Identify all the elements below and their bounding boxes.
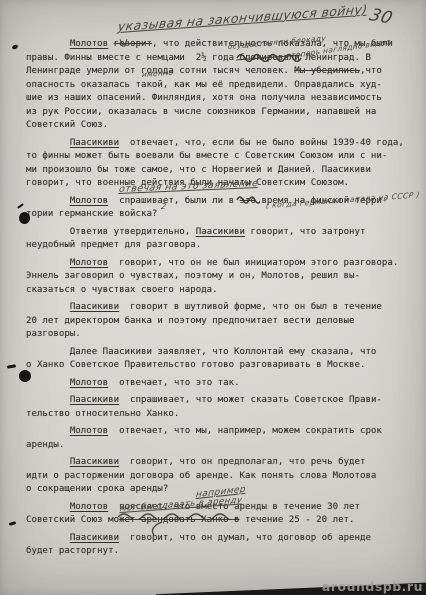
- paragraph: Молотов говорит, что он не был инициатор…: [26, 257, 420, 298]
- ink-blot: [11, 44, 18, 50]
- paragraph: Молотов отвечает, что мы, например, може…: [26, 425, 420, 452]
- typed-line: разговоры.: [26, 328, 420, 342]
- paragraph: Молотов говорит, что действительность по…: [26, 38, 420, 133]
- typed-line: Далее Паасикиви заявляет, что Коллонтай …: [26, 346, 420, 360]
- typed-line: правы. Финны вместе с немцами 2½ года бл…: [26, 52, 420, 66]
- typed-line: Паасикиви отвечает, что, если бы не было…: [26, 137, 420, 151]
- typed-line: тельство относительно Ханко.: [26, 408, 420, 422]
- typed-line: Ответив утвердительно, Паасикиви говорит…: [26, 226, 420, 240]
- document-page: Молотов говорит, что действительность по…: [0, 0, 426, 595]
- typed-line: Паасикиви спрашивает, что может сказать …: [26, 394, 420, 408]
- typed-line: из рук России, оказалась в числе союзник…: [26, 106, 420, 120]
- typed-line: Паасикиви говорит в шутливой форме, что …: [26, 301, 420, 315]
- ink-blot: [19, 212, 30, 224]
- insert-caret-icon: [120, 39, 127, 46]
- typed-line: то финны может быть воевали бы вместе с …: [26, 150, 420, 164]
- handwritten-note-top: указывая на закончившуюся войну): [117, 1, 369, 34]
- typed-line: Паасикиви говорит, что он думал, что дог…: [26, 532, 420, 546]
- typed-line: ми произошло бы тоже самое, что с Норвег…: [26, 164, 420, 178]
- typed-line: Молотов отвечает, что это так.: [26, 377, 420, 391]
- ink-blot: [17, 203, 24, 209]
- typed-line: неудобный предмет для разговора.: [26, 239, 420, 253]
- typed-line: опасность оказалась такой, как мы её пре…: [26, 79, 420, 93]
- paragraph: Паасикиви спрашивает, что может сказать …: [26, 394, 420, 421]
- typed-line: будет расторгнут.: [26, 545, 420, 559]
- typed-line: шие из наших опасений. Финляндия, хотя о…: [26, 92, 420, 106]
- paragraph: Ответив утвердительно, Паасикиви говорит…: [26, 226, 420, 253]
- paragraph: Молотов отвечает, что это так.: [26, 377, 420, 391]
- typed-line: идти о расторжении договора об аренде. К…: [26, 470, 420, 484]
- paragraph: Паасикиви говорит в шутливой форме, что …: [26, 301, 420, 342]
- handwritten-page-number: 30: [367, 5, 395, 28]
- typed-line: Советский Союз может арендовать Ханко в …: [26, 514, 420, 528]
- typed-line: Молотов отвечает, что мы, например, може…: [26, 425, 420, 439]
- typed-line: сказаться о чувствах своего народа.: [26, 284, 420, 298]
- typed-line: тории германские войска?: [26, 208, 420, 222]
- watermark: aroundspb.ru: [322, 579, 423, 594]
- typed-line: Молотов говорит, что он не был инициатор…: [26, 257, 420, 271]
- typed-line: о Ханко Советское Правительство готово р…: [26, 359, 420, 373]
- ink-blot: [7, 364, 16, 369]
- typed-line: Эннель заговорил о чувствах, поэтому и о…: [26, 270, 420, 284]
- typed-line: 20 лет директором банка и поэтому предпо…: [26, 315, 420, 329]
- paragraph: Паасикиви говорит, что он думал, что дог…: [26, 532, 420, 559]
- ink-blot: [9, 521, 17, 526]
- ink-blot: [19, 370, 31, 382]
- typed-line: Советский Союз.: [26, 119, 420, 133]
- paragraph: Далее Паасикиви заявляет, что Коллонтай …: [26, 346, 420, 373]
- typed-line: Ленинграде умерли от голода сотни тысяч …: [26, 65, 420, 79]
- typed-line: аренды.: [26, 439, 420, 453]
- typed-line: Паасикиви говорит, что он предполагал, ч…: [26, 456, 420, 470]
- typed-text: Молотов говорит, что действительность по…: [26, 38, 420, 563]
